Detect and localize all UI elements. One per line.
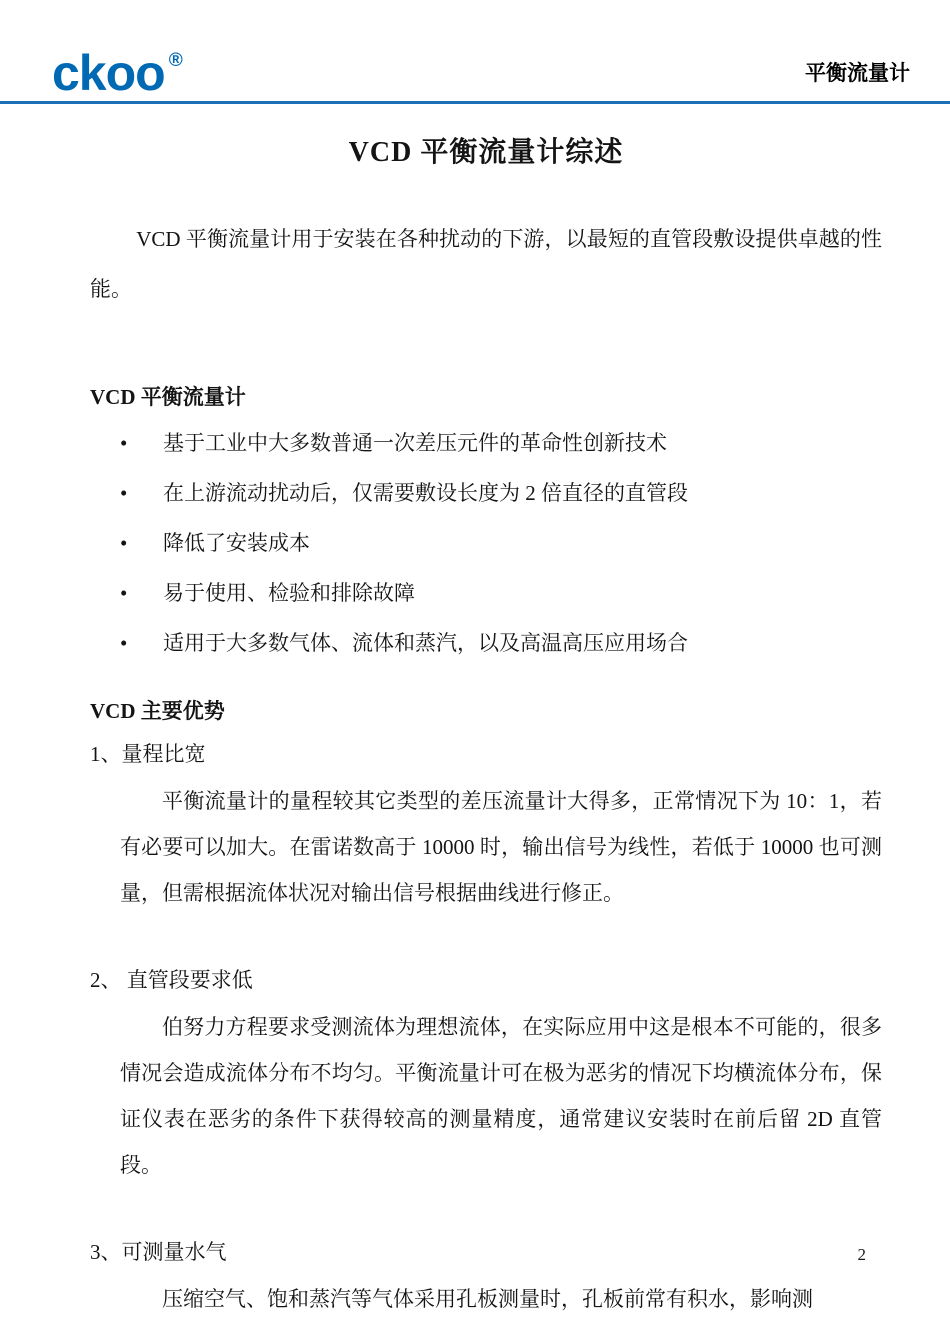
- advantage-item: 3、可测量水气 压缩空气、饱和蒸汽等气体采用孔板测量时，孔板前常有积水，影响测: [90, 1228, 882, 1322]
- advantage-item: 2、 直管段要求低 伯努力方程要求受测流体为理想流体，在实际应用中这是根本不可能…: [90, 956, 882, 1188]
- list-item: •易于使用、检验和排除故障: [120, 568, 882, 618]
- company-logo: ckoo®: [52, 36, 183, 98]
- advantage-title: 1、量程比宽: [90, 730, 882, 778]
- list-item: •适用于大多数气体、流体和蒸汽，以及高温高压应用场合: [120, 618, 882, 668]
- page-title: VCD 平衡流量计综述: [90, 130, 882, 170]
- advantage-title: 2、 直管段要求低: [90, 956, 882, 1004]
- list-item: •基于工业中大多数普通一次差压元件的革命性创新技术: [120, 418, 882, 468]
- registered-trademark-icon: ®: [169, 50, 183, 71]
- bullet-icon: •: [120, 618, 163, 668]
- advantage-body: 伯努力方程要求受测流体为理想流体，在实际应用中这是根本不可能的，很多情况会造成流…: [120, 1004, 882, 1188]
- advantage-item: 1、量程比宽 平衡流量计的量程较其它类型的差压流量计大得多，正常情况下为 10：…: [90, 730, 882, 916]
- list-item: •在上游流动扰动后，仅需要敷设长度为 2 倍直径的直管段: [120, 468, 882, 518]
- advantages-heading: VCD 主要优势: [90, 692, 882, 730]
- page-number: 2: [858, 1245, 867, 1265]
- advantage-body: 平衡流量计的量程较其它类型的差压流量计大得多，正常情况下为 10：1，若有必要可…: [120, 778, 882, 916]
- intro-paragraph: VCD 平衡流量计用于安装在各种扰动的下游，以最短的直管段敷设提供卓越的性能。: [90, 214, 882, 314]
- list-item-text: 适用于大多数气体、流体和蒸汽，以及高温高压应用场合: [163, 631, 688, 655]
- header-doc-category: 平衡流量计: [805, 57, 910, 87]
- bullet-icon: •: [120, 568, 163, 618]
- list-item-text: 基于工业中大多数普通一次差压元件的革命性创新技术: [163, 431, 667, 455]
- bullet-icon: •: [120, 518, 163, 568]
- logo-text: ckoo: [52, 45, 165, 101]
- page-header: ckoo® 平衡流量计: [0, 0, 950, 104]
- list-item: •降低了安装成本: [120, 518, 882, 568]
- advantage-title: 3、可测量水气: [90, 1228, 882, 1276]
- document-body: VCD 平衡流量计综述 VCD 平衡流量计用于安装在各种扰动的下游，以最短的直管…: [0, 130, 950, 1322]
- list-item-text: 在上游流动扰动后，仅需要敷设长度为 2 倍直径的直管段: [163, 481, 688, 505]
- features-bullet-list: •基于工业中大多数普通一次差压元件的革命性创新技术 •在上游流动扰动后，仅需要敷…: [90, 418, 882, 668]
- list-item-text: 降低了安装成本: [163, 531, 310, 555]
- bullet-icon: •: [120, 468, 163, 518]
- advantage-body: 压缩空气、饱和蒸汽等气体采用孔板测量时，孔板前常有积水，影响测: [120, 1276, 882, 1322]
- document-page: ckoo® 平衡流量计 VCD 平衡流量计综述 VCD 平衡流量计用于安装在各种…: [0, 0, 950, 1343]
- features-heading: VCD 平衡流量计: [90, 382, 882, 412]
- bullet-icon: •: [120, 418, 163, 468]
- list-item-text: 易于使用、检验和排除故障: [163, 581, 415, 605]
